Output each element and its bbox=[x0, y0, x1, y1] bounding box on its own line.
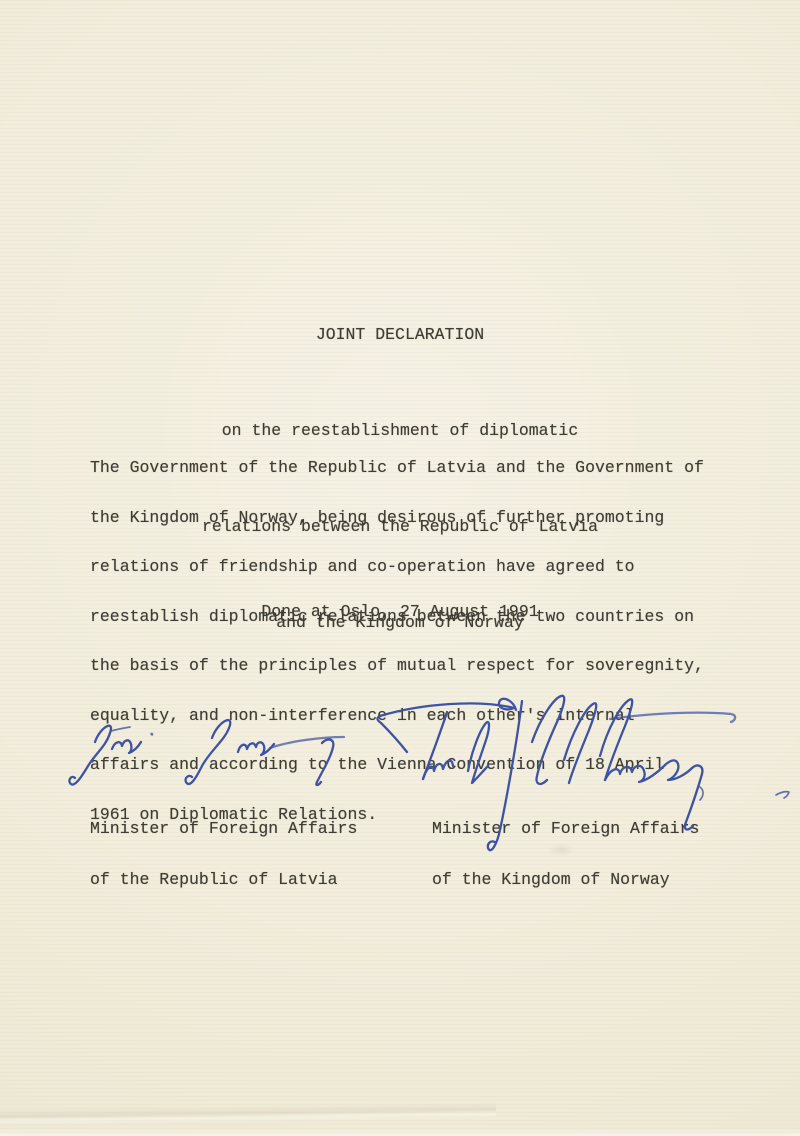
signatory-right-title-line: Minister of Foreign Affairs bbox=[432, 820, 699, 837]
title-line: JOINT DECLARATION bbox=[0, 319, 800, 351]
body-line: the Kingdom of Norway, being desirous of… bbox=[90, 510, 730, 527]
signatory-right-title-line: of the Kingdom of Norway bbox=[432, 871, 699, 888]
signatory-left-title-line: Minister of Foreign Affairs bbox=[90, 820, 357, 837]
paper-bottom-edge bbox=[0, 1128, 800, 1136]
body-line: affairs and according to the Vienna Conv… bbox=[90, 757, 730, 774]
signatory-right-title: Minister of Foreign Affairs of the Kingd… bbox=[432, 786, 699, 922]
body-line: The Government of the Republic of Latvia… bbox=[90, 460, 730, 477]
date-place-line: Done at Oslo, 27 August 1991 bbox=[0, 602, 800, 622]
signatory-left-title-line: of the Republic of Latvia bbox=[90, 871, 357, 888]
signatory-left-title: Minister of Foreign Affairs of the Repub… bbox=[90, 786, 357, 922]
body-line: equality, and non-interference in each o… bbox=[90, 708, 730, 725]
body-line: relations of friendship and co-operation… bbox=[90, 559, 730, 576]
paper-crease bbox=[0, 1103, 496, 1126]
body-line: the basis of the principles of mutual re… bbox=[90, 658, 730, 675]
document-page: JOINT DECLARATION on the reestablishment… bbox=[0, 0, 800, 1136]
